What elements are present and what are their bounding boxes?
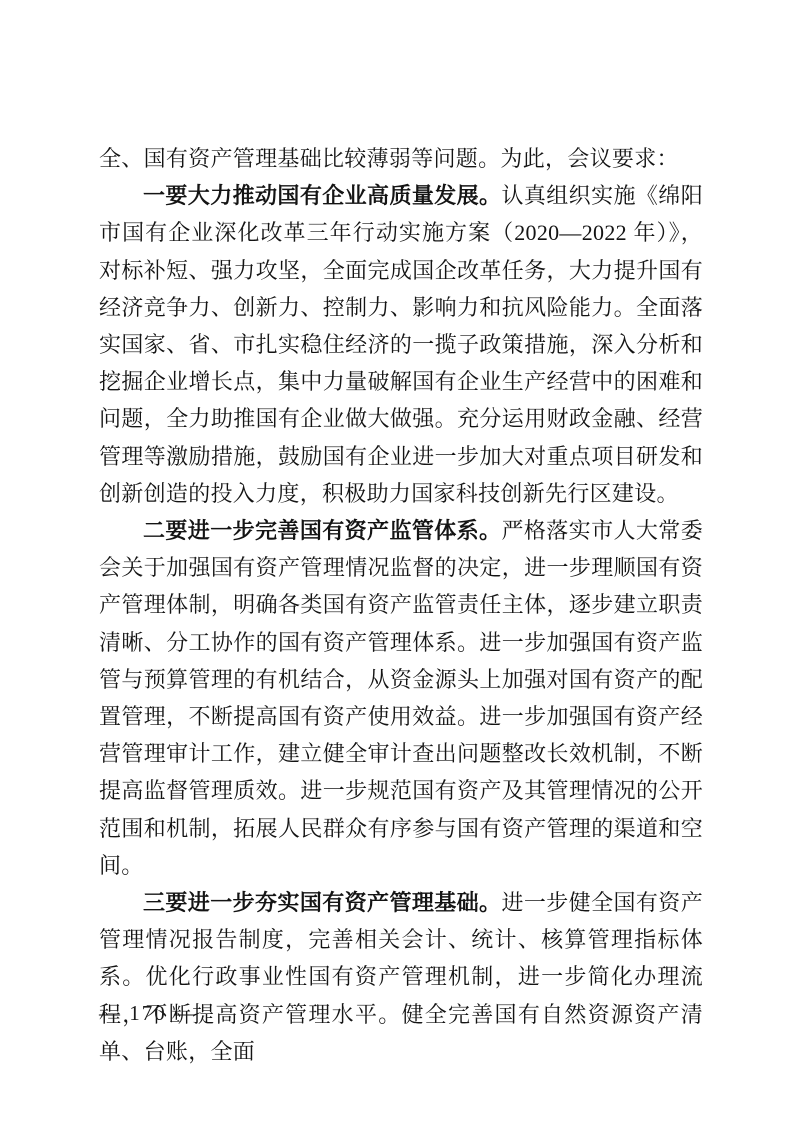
paragraph-lead-bold: 一要大力推动国有企业高质量发展。 bbox=[143, 183, 501, 208]
document-page: 全、国有资产管理基础比较薄弱等问题。为此，会议要求： 一要大力推动国有企业高质量… bbox=[0, 0, 793, 1122]
paragraph-text: 进一步健全国有资产管理情况报告制度，完善相关会计、统计、核算管理指标体系。优化行… bbox=[99, 890, 703, 1064]
paragraph-text: 严格落实市人大常委会关于加强国有资产管理情况监督的决定，进一步理顺国有资产管理体… bbox=[99, 518, 703, 878]
paragraph-text: 认真组织实施《绵阳市国有企业深化改革三年行动实施方案（2020—2022 年）》… bbox=[99, 183, 703, 506]
paragraph-lead-bold: 二要进一步完善国有资产监管体系。 bbox=[143, 518, 501, 543]
paragraph-text: 全、国有资产管理基础比较薄弱等问题。为此，会议要求： bbox=[99, 146, 679, 171]
page-number: — 170 — bbox=[99, 1001, 197, 1025]
paragraph-continuation: 全、国有资产管理基础比较薄弱等问题。为此，会议要求： bbox=[99, 140, 703, 177]
page-body-text: 全、国有资产管理基础比较薄弱等问题。为此，会议要求： 一要大力推动国有企业高质量… bbox=[99, 140, 703, 1070]
paragraph-point-two: 二要进一步完善国有资产监管体系。严格落实市人大常委会关于加强国有资产管理情况监督… bbox=[99, 512, 703, 884]
paragraph-lead-bold: 三要进一步夯实国有资产管理基础。 bbox=[143, 890, 501, 915]
paragraph-point-three: 三要进一步夯实国有资产管理基础。进一步健全国有资产管理情况报告制度，完善相关会计… bbox=[99, 884, 703, 1070]
paragraph-point-one: 一要大力推动国有企业高质量发展。认真组织实施《绵阳市国有企业深化改革三年行动实施… bbox=[99, 177, 703, 512]
page-footer: — 170 — bbox=[99, 1001, 197, 1026]
